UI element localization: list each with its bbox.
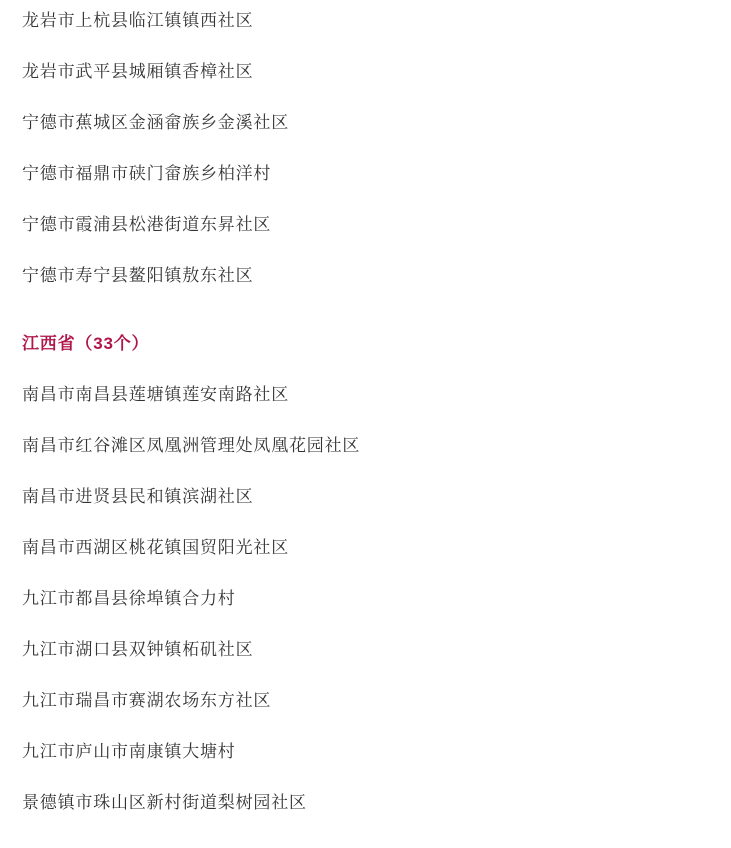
list-item: 景德镇市珠山区新村街道梨树园社区 — [22, 794, 711, 811]
article-body: 龙岩市上杭县临江镇镇西社区龙岩市武平县城厢镇香樟社区宁德市蕉城区金涵畲族乡金溪社… — [0, 0, 731, 811]
list-item: 九江市庐山市南康镇大塘村 — [22, 743, 711, 760]
article-page: 龙岩市上杭县临江镇镇西社区龙岩市武平县城厢镇香樟社区宁德市蕉城区金涵畲族乡金溪社… — [0, 0, 731, 848]
list-item: 南昌市进贤县民和镇滨湖社区 — [22, 488, 711, 505]
list-item: 宁德市福鼎市硖门畲族乡柏洋村 — [22, 165, 711, 182]
community-list: 龙岩市上杭县临江镇镇西社区龙岩市武平县城厢镇香樟社区宁德市蕉城区金涵畲族乡金溪社… — [22, 12, 711, 284]
province-heading: 江西省（33个） — [22, 335, 711, 352]
province-section-continued: 龙岩市上杭县临江镇镇西社区龙岩市武平县城厢镇香樟社区宁德市蕉城区金涵畲族乡金溪社… — [22, 12, 711, 284]
list-item: 南昌市南昌县莲塘镇莲安南路社区 — [22, 386, 711, 403]
list-item: 宁德市霞浦县松港街道东昇社区 — [22, 216, 711, 233]
province-section-jiangxi: 江西省（33个） 南昌市南昌县莲塘镇莲安南路社区南昌市红谷滩区凤凰洲管理处凤凰花… — [22, 335, 711, 811]
list-item: 九江市都昌县徐埠镇合力村 — [22, 590, 711, 607]
list-item: 龙岩市武平县城厢镇香樟社区 — [22, 63, 711, 80]
community-list: 南昌市南昌县莲塘镇莲安南路社区南昌市红谷滩区凤凰洲管理处凤凰花园社区南昌市进贤县… — [22, 386, 711, 811]
list-item: 南昌市红谷滩区凤凰洲管理处凤凰花园社区 — [22, 437, 711, 454]
list-item: 龙岩市上杭县临江镇镇西社区 — [22, 12, 711, 29]
list-item: 九江市湖口县双钟镇柘矶社区 — [22, 641, 711, 658]
list-item: 宁德市蕉城区金涵畲族乡金溪社区 — [22, 114, 711, 131]
list-item: 九江市瑞昌市赛湖农场东方社区 — [22, 692, 711, 709]
list-item: 宁德市寿宁县鳌阳镇敖东社区 — [22, 267, 711, 284]
list-item: 南昌市西湖区桃花镇国贸阳光社区 — [22, 539, 711, 556]
